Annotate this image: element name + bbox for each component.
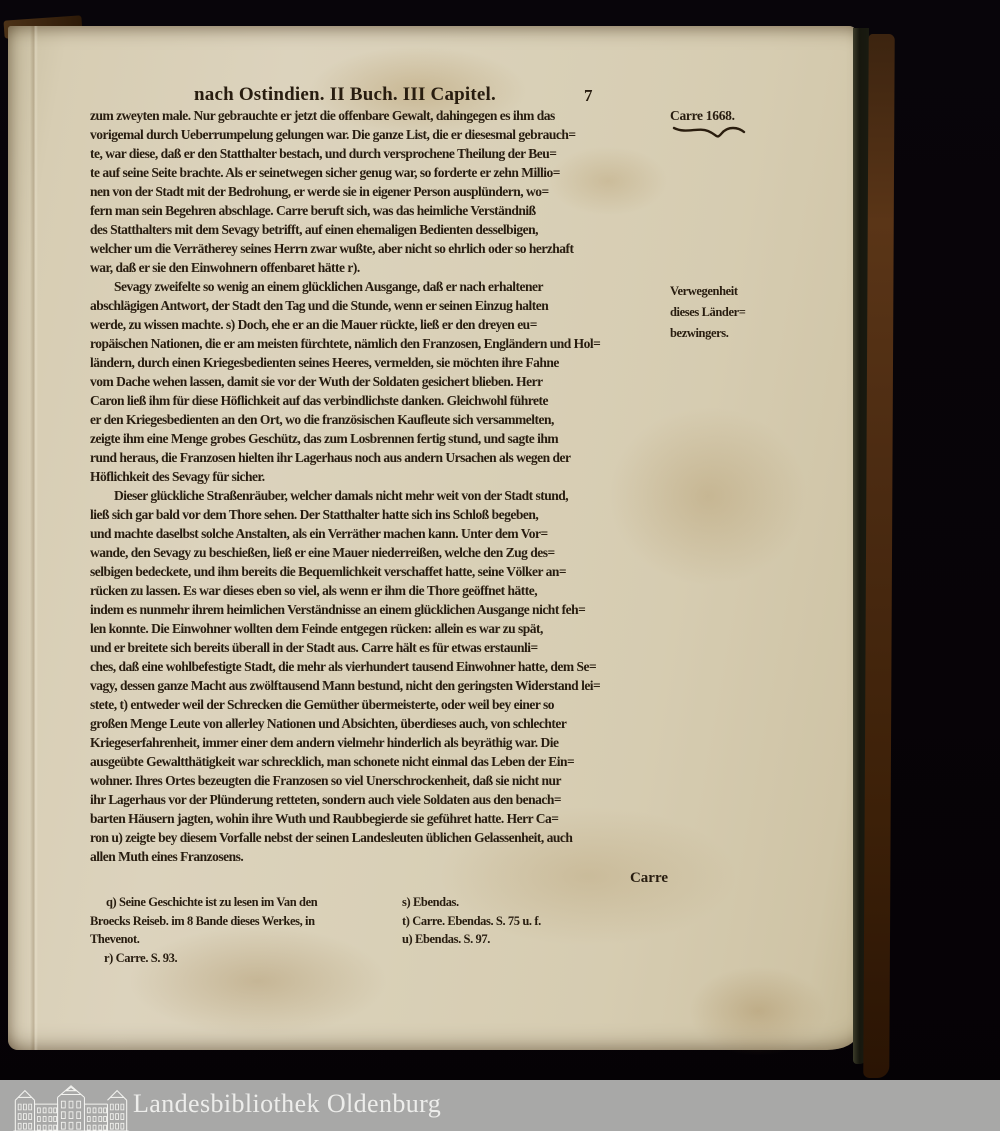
text-line: und machte daselbst solche Anstalten, al…	[90, 524, 672, 543]
text-line: großen Menge Leute von allerley Nationen…	[90, 714, 672, 733]
margin-note-line: dieses Länder=	[670, 302, 790, 323]
text-line: barten Häusern jagten, wohin ihre Wuth u…	[90, 809, 672, 828]
text-line: ausgeübte Gewaltthätigkeit war schreckli…	[90, 752, 672, 771]
text-line: vom Dache wehen lassen, damit sie vor de…	[90, 372, 672, 391]
text-line: nen von der Stadt mit der Bedrohung, er …	[90, 182, 672, 201]
scan-viewport: nach Ostindien. II Buch. III Capitel. 7 …	[0, 0, 1000, 1131]
library-building-icon	[12, 1083, 130, 1131]
text-line: des Statthalters mit dem Sevagy betrifft…	[90, 220, 672, 239]
text-line: stete, t) entweder weil der Schrecken di…	[90, 695, 672, 714]
text-line: selbigen bedeckete, und ihm bereits die …	[90, 562, 672, 581]
text-line: Sevagy zweifelte so wenig an einem glück…	[90, 277, 672, 296]
flourish-underline-icon	[672, 125, 746, 141]
margin-note-carre-1668: Carre 1668.	[670, 108, 735, 124]
footnote-line: q) Seine Geschichte ist zu lesen im Van …	[90, 893, 390, 912]
text-line: Dieser glückliche Straßenräuber, welcher…	[90, 486, 672, 505]
library-name-label: Landesbibliothek Oldenburg	[133, 1089, 441, 1119]
text-line: allen Muth eines Franzosens.	[90, 847, 672, 866]
text-line: zeigte ihm eine Menge grobes Geschütz, d…	[90, 429, 672, 448]
footnote-line: Thevenot.	[90, 930, 390, 949]
footnote-line: r) Carre. S. 93.	[90, 949, 390, 968]
margin-note-line: Verwegenheit	[670, 281, 790, 302]
text-line: vorigemal durch Ueberrumpelung gelungen …	[90, 125, 672, 144]
text-line: len konnte. Die Einwohner wollten dem Fe…	[90, 619, 672, 638]
page-number: 7	[584, 86, 593, 106]
footnote-column-left: q) Seine Geschichte ist zu lesen im Van …	[90, 893, 390, 967]
text-line: welcher um die Verrätherey seines Herrn …	[90, 239, 672, 258]
page-crease	[30, 26, 38, 1050]
text-line: fern man sein Begehren abschlage. Carre …	[90, 201, 672, 220]
margin-note-verwegenheit: Verwegenheitdieses Länder=bezwingers.	[670, 281, 790, 344]
text-line: Kriegeserfahrenheit, immer einer dem and…	[90, 733, 672, 752]
leather-cover-edge	[863, 34, 894, 1078]
paragraph: zum zweyten male. Nur gebrauchte er jetz…	[90, 106, 672, 277]
text-line: rund heraus, die Franzosen hielten ihr L…	[90, 448, 672, 467]
text-line: Höflichkeit des Sevagy für sicher.	[90, 467, 672, 486]
text-line: ropäischen Nationen, die er am meisten f…	[90, 334, 672, 353]
footnote-line: Broecks Reiseb. im 8 Bande dieses Werkes…	[90, 912, 390, 931]
text-line: und er breitete sich bereits überall in …	[90, 638, 672, 657]
catchword: Carre	[90, 870, 668, 887]
text-line: wande, den Sevagy zu beschießen, ließ er…	[90, 543, 672, 562]
library-footer-bar: Landesbibliothek Oldenburg	[0, 1080, 1000, 1131]
text-line: zum zweyten male. Nur gebrauchte er jetz…	[90, 106, 672, 125]
text-line: te, war diese, daß er den Statthalter be…	[90, 144, 672, 163]
text-line: rücken zu lassen. Es war dieses eben so …	[90, 581, 672, 600]
footnote-line: t) Carre. Ebendas. S. 75 u. f.	[402, 912, 670, 931]
paragraph: Sevagy zweifelte so wenig an einem glück…	[90, 277, 672, 486]
text-line: ließ sich gar bald vor dem Thore sehen. …	[90, 505, 672, 524]
margin-note-text: Carre 1668.	[670, 108, 735, 123]
footnote-line: s) Ebendas.	[402, 893, 670, 912]
footnote-column-right: s) Ebendas.t) Carre. Ebendas. S. 75 u. f…	[402, 893, 670, 949]
text-line: ländern, durch einen Kriegesbedienten se…	[90, 353, 672, 372]
text-line: te auf seine Seite brachte. Als er seine…	[90, 163, 672, 182]
footnote-line: u) Ebendas. S. 97.	[402, 930, 670, 949]
text-column: zum zweyten male. Nur gebrauchte er jetz…	[90, 106, 672, 866]
running-title: nach Ostindien. II Buch. III Capitel.	[194, 84, 496, 106]
text-line: werde, zu wissen machte. s) Doch, ehe er…	[90, 315, 672, 334]
text-line: vagy, dessen ganze Macht aus zwölftausen…	[90, 676, 672, 695]
text-line: abschlägigen Antwort, der Stadt den Tag …	[90, 296, 672, 315]
text-line: ches, daß eine wohlbefestigte Stadt, die…	[90, 657, 672, 676]
text-line: ron u) zeigte bey diesem Vorfalle nebst …	[90, 828, 672, 847]
text-line: Caron ließ ihm für diese Höflichkeit auf…	[90, 391, 672, 410]
margin-note-line: bezwingers.	[670, 323, 790, 344]
text-line: ihr Lagerhaus vor der Plünderung rettete…	[90, 790, 672, 809]
text-line: war, daß er sie den Einwohnern offenbare…	[90, 258, 672, 277]
text-line: er den Kriegesbedienten an den Ort, wo d…	[90, 410, 672, 429]
paper-stain	[688, 966, 828, 1056]
text-line: indem es nunmehr ihrem heimlichen Verstä…	[90, 600, 672, 619]
text-line: wohner. Ihres Ortes bezeugten die Franzo…	[90, 771, 672, 790]
paragraph: Dieser glückliche Straßenräuber, welcher…	[90, 486, 672, 866]
